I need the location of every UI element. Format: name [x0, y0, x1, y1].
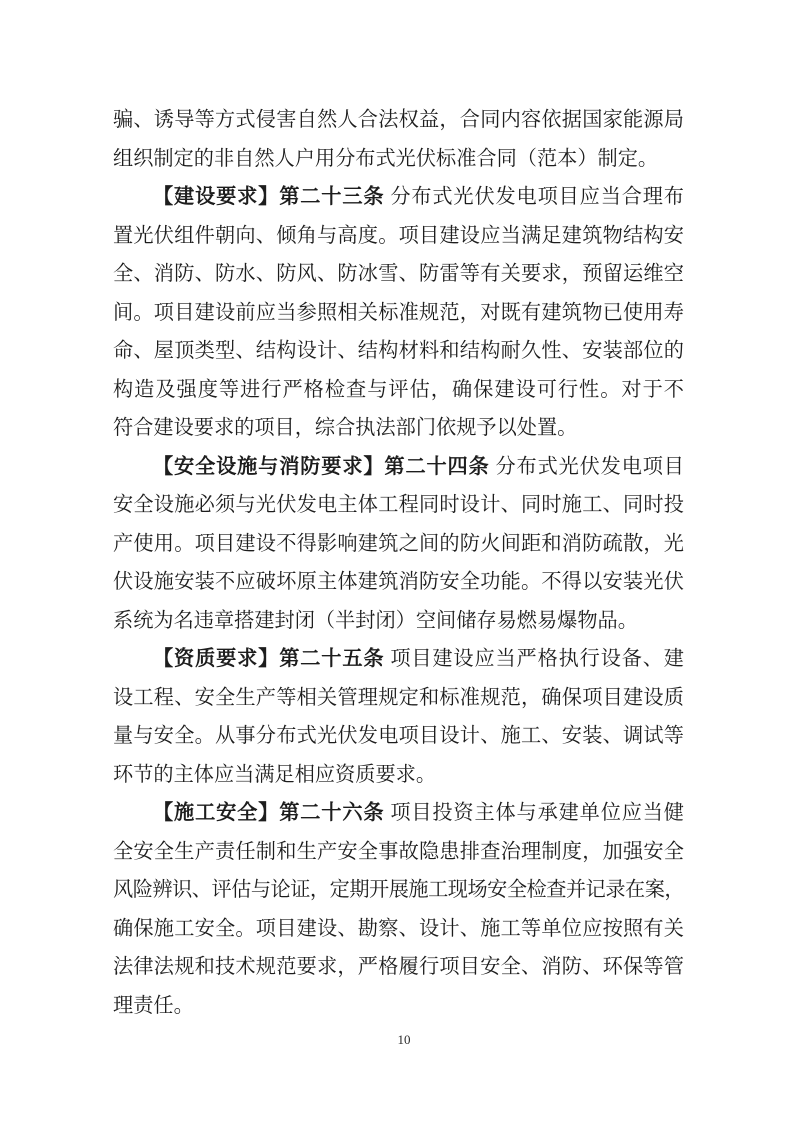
- text-line: 骗、诱导等方式侵害自然人合法权益，合同内容依据国家能源局: [113, 101, 684, 140]
- text-run: 法律法规和技术规范要求，严格履行项目安全、消防、环保等管: [113, 956, 684, 978]
- text-run: 系统为名违章搭建封闭（半封闭）空间储存易燃易爆物品。: [113, 610, 638, 632]
- text-line: 构造及强度等进行严格检查与评估，确保建设可行性。对于不: [113, 371, 684, 410]
- text-run: 项目建设应当严格执行设备、建: [384, 648, 684, 670]
- text-line: 理责任。: [113, 987, 684, 1026]
- text-run: 产使用。项目建设不得影响建筑之间的防火间距和消防疏散，光: [113, 533, 684, 555]
- text-run: 骗、诱导等方式侵害自然人合法权益，合同内容依据国家能源局: [113, 109, 684, 131]
- text-line: 全、消防、防水、防风、防冰雪、防雷等有关要求，预留运维空: [113, 255, 684, 294]
- text-line: 置光伏组件朝向、倾角与高度。项目建设应当满足建筑物结构安: [113, 217, 684, 256]
- text-run: 安全设施必须与光伏发电主体工程同时设计、同时施工、同时投: [113, 494, 684, 516]
- text-line: 系统为名违章搭建封闭（半封闭）空间储存易燃易爆物品。: [113, 602, 684, 641]
- article-heading: 【安全设施与消防要求】第二十四条: [153, 456, 490, 478]
- article-heading: 【施工安全】第二十六条: [153, 802, 384, 824]
- text-run: 项目投资主体与承建单位应当健: [384, 802, 684, 824]
- text-line: 安全设施必须与光伏发电主体工程同时设计、同时施工、同时投: [113, 486, 684, 525]
- document-body: 骗、诱导等方式侵害自然人合法权益，合同内容依据国家能源局组织制定的非自然人户用分…: [113, 101, 684, 1025]
- text-line: 环节的主体应当满足相应资质要求。: [113, 756, 684, 795]
- text-run: 环节的主体应当满足相应资质要求。: [113, 764, 436, 786]
- text-run: 理责任。: [113, 995, 194, 1017]
- text-line: 产使用。项目建设不得影响建筑之间的防火间距和消防疏散，光: [113, 525, 684, 564]
- text-run: 确保施工安全。项目建设、勘察、设计、施工等单位应按照有关: [113, 918, 684, 940]
- text-line: 确保施工安全。项目建设、勘察、设计、施工等单位应按照有关: [113, 910, 684, 949]
- text-run: 置光伏组件朝向、倾角与高度。项目建设应当满足建筑物结构安: [113, 225, 684, 247]
- text-run: 风险辨识、评估与论证，定期开展施工现场安全检查并记录在案，: [113, 879, 684, 901]
- text-line: 法律法规和技术规范要求，严格履行项目安全、消防、环保等管: [113, 948, 684, 987]
- article-line: 【资质要求】第二十五条 项目建设应当严格执行设备、建: [113, 640, 684, 679]
- article-heading: 【资质要求】第二十五条: [153, 648, 384, 670]
- text-run: 伏设施安装不应破坏原主体建筑消防安全功能。不得以安装光伏: [113, 571, 684, 593]
- page-number: 10: [7, 1032, 794, 1048]
- text-run: 间。项目建设前应当参照相关标准规范，对既有建筑物已使用寿: [113, 302, 684, 324]
- text-run: 组织制定的非自然人户用分布式光伏标准合同（范本）制定。: [113, 148, 658, 170]
- text-run: 构造及强度等进行严格检查与评估，确保建设可行性。对于不: [113, 379, 684, 401]
- article-line: 【建设要求】第二十三条 分布式光伏发电项目应当合理布: [113, 178, 684, 217]
- text-line: 量与安全。从事分布式光伏发电项目设计、施工、安装、调试等: [113, 717, 684, 756]
- text-run: 设工程、安全生产等相关管理规定和标准规范，确保项目建设质: [113, 687, 684, 709]
- text-line: 风险辨识、评估与论证，定期开展施工现场安全检查并记录在案，: [113, 871, 684, 910]
- text-run: 全、消防、防水、防风、防冰雪、防雷等有关要求，预留运维空: [113, 263, 684, 285]
- article-line: 【施工安全】第二十六条 项目投资主体与承建单位应当健: [113, 794, 684, 833]
- article-line: 【安全设施与消防要求】第二十四条 分布式光伏发电项目: [113, 448, 684, 487]
- article-heading: 【建设要求】第二十三条: [153, 186, 384, 208]
- text-line: 间。项目建设前应当参照相关标准规范，对既有建筑物已使用寿: [113, 294, 684, 333]
- text-line: 设工程、安全生产等相关管理规定和标准规范，确保项目建设质: [113, 679, 684, 718]
- text-run: 命、屋顶类型、结构设计、结构材料和结构耐久性、安装部位的: [113, 340, 684, 362]
- text-line: 命、屋顶类型、结构设计、结构材料和结构耐久性、安装部位的: [113, 332, 684, 371]
- text-run: 全安全生产责任制和生产安全事故隐患排查治理制度，加强安全: [113, 841, 684, 863]
- text-run: 分布式光伏发电项目: [490, 456, 684, 478]
- text-line: 全安全生产责任制和生产安全事故隐患排查治理制度，加强安全: [113, 833, 684, 872]
- text-run: 分布式光伏发电项目应当合理布: [384, 186, 684, 208]
- text-line: 符合建设要求的项目，综合执法部门依规予以处置。: [113, 409, 684, 448]
- document-page: 骗、诱导等方式侵害自然人合法权益，合同内容依据国家能源局组织制定的非自然人户用分…: [0, 0, 794, 1122]
- text-line: 伏设施安装不应破坏原主体建筑消防安全功能。不得以安装光伏: [113, 563, 684, 602]
- text-run: 符合建设要求的项目，综合执法部门依规予以处置。: [113, 417, 577, 439]
- text-line: 组织制定的非自然人户用分布式光伏标准合同（范本）制定。: [113, 140, 684, 179]
- text-run: 量与安全。从事分布式光伏发电项目设计、施工、安装、调试等: [113, 725, 684, 747]
